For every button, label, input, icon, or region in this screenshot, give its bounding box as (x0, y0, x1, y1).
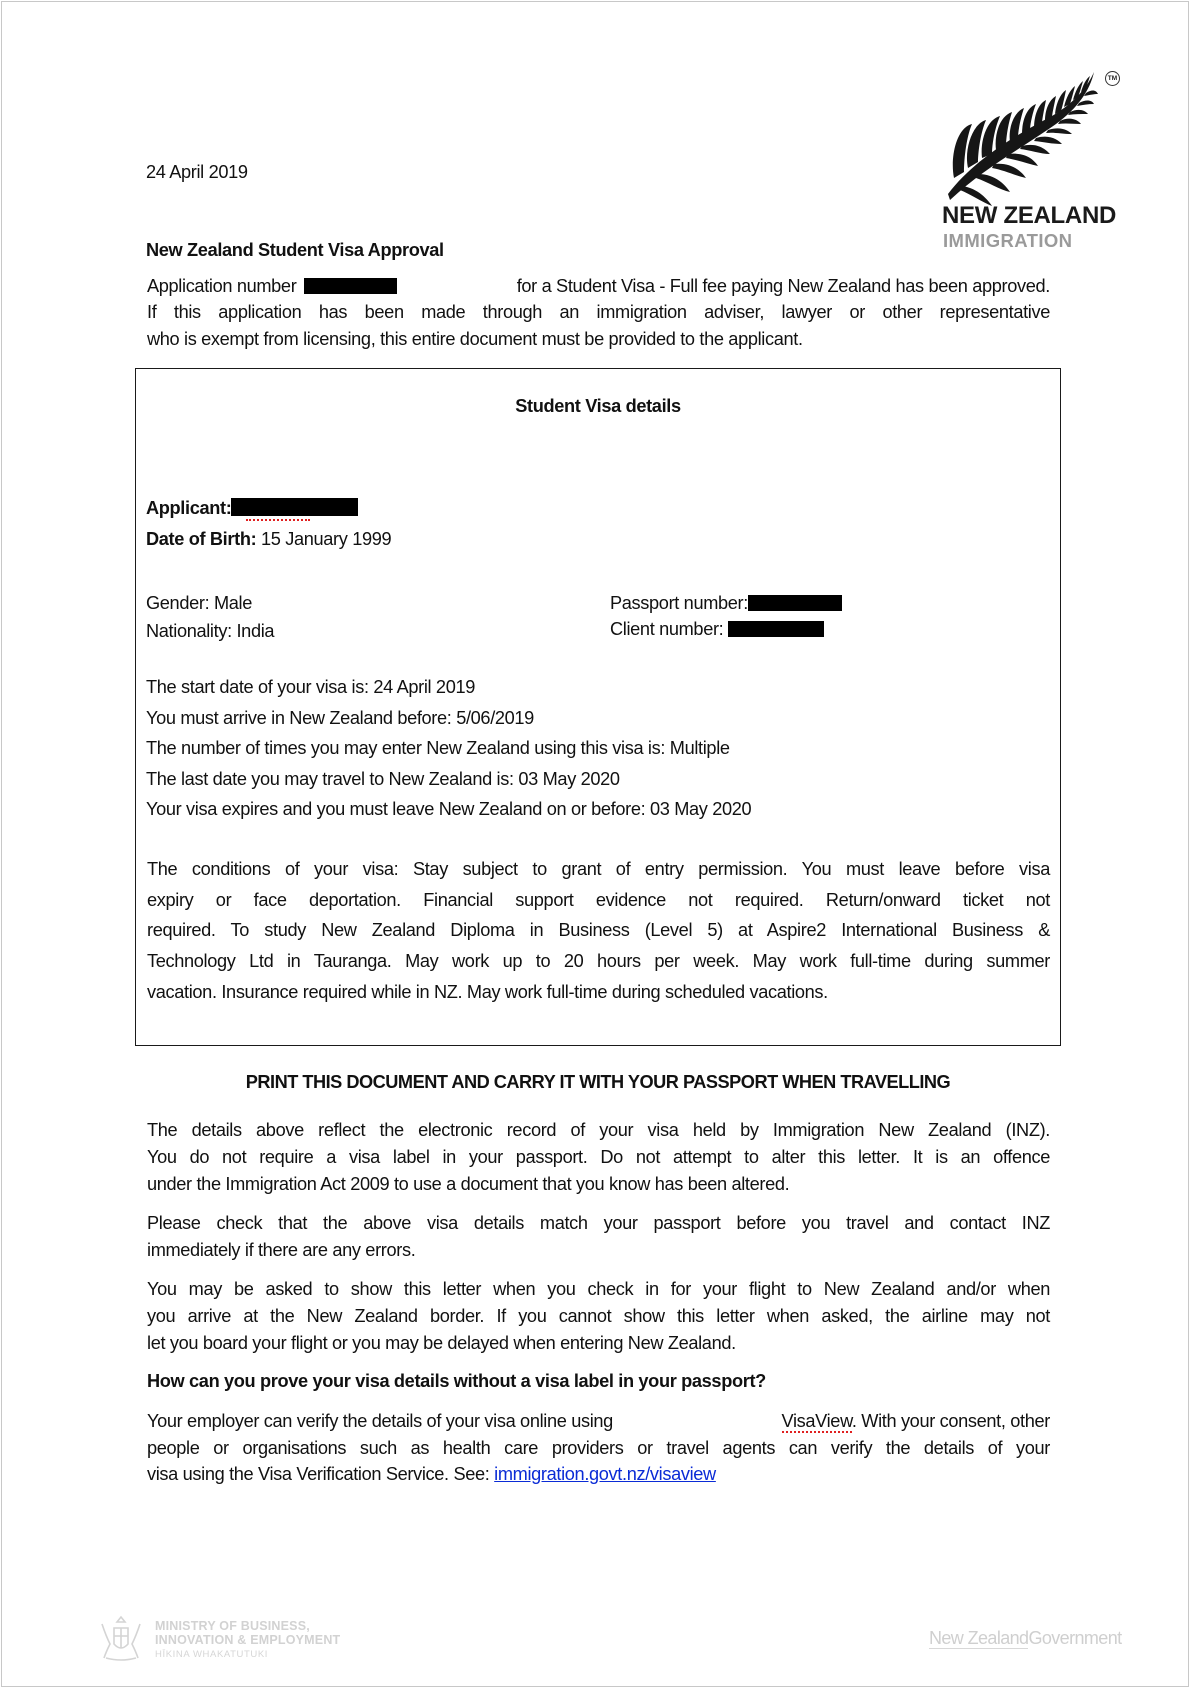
para4-line-1: Your employer can verify the details of … (147, 1411, 1050, 1432)
letter-title: New Zealand Student Visa Approval (146, 237, 444, 264)
para1-line-1: The details above reflect the electronic… (147, 1120, 1050, 1141)
visa-conditions-line-2: expiry or face deportation. Financial su… (147, 890, 1050, 911)
para3-line-3: let you board your flight or you may be … (147, 1333, 1050, 1354)
para1-line-2: You do not require a visa label in your … (147, 1147, 1050, 1168)
visaview-link[interactable]: immigration.govt.nz/visaview (494, 1464, 716, 1484)
application-number-label: Application number (147, 276, 296, 296)
visa-entries: The number of times you may enter New Ze… (146, 735, 730, 762)
para4-line-2: people or organisations such as health c… (147, 1438, 1050, 1459)
question-heading: How can you prove your visa details with… (147, 1371, 1050, 1392)
para4-line-3: visa using the Visa Verification Service… (147, 1464, 1050, 1485)
visaview-term: VisaView (782, 1411, 852, 1433)
dob-value: 15 January 1999 (261, 529, 391, 549)
mbie-line-2: INNOVATION & EMPLOYMENT (155, 1633, 340, 1648)
redacted-application-number (304, 278, 397, 294)
passport-row: Passport number: (610, 590, 842, 617)
nz-government-logo: New ZealandGovernment (929, 1628, 1122, 1649)
visa-conditions-line-5: vacation. Insurance required while in NZ… (147, 982, 1050, 1003)
intro-line-3: who is exempt from licensing, this entir… (147, 329, 1050, 350)
print-heading: PRINT THIS DOCUMENT AND CARRY IT WITH YO… (135, 1069, 1061, 1096)
mbie-logo: MINISTRY OF BUSINESS, INNOVATION & EMPLO… (96, 1612, 356, 1668)
applicant-label: Applicant: (146, 498, 231, 518)
details-heading: Student Visa details (135, 393, 1061, 420)
intro-line-1: Application number for a Student Visa - … (147, 276, 1050, 297)
trademark-icon: TM (1105, 71, 1120, 86)
logo-sub-text: IMMIGRATION (943, 230, 1072, 252)
nz-immigration-logo: TM NEW ZEALAND IMMIGRATION (942, 64, 1122, 254)
logo-brand-text: NEW ZEALAND (942, 202, 1116, 230)
para1-line-3: under the Immigration Act 2009 to use a … (147, 1174, 1050, 1195)
visa-arrive-before: You must arrive in New Zealand before: 5… (146, 705, 534, 732)
visa-start-date: The start date of your visa is: 24 April… (146, 674, 475, 701)
visa-expiry-date: Your visa expires and you must leave New… (146, 796, 751, 823)
para4-suffix: . With your consent, other (852, 1411, 1050, 1431)
redacted-applicant-name (231, 498, 358, 516)
nationality: Nationality: India (146, 618, 274, 645)
dob-row: Date of Birth: 15 January 1999 (146, 526, 391, 553)
redacted-passport-number (748, 595, 842, 611)
visa-conditions-line-1: The conditions of your visa: Stay subjec… (147, 859, 1050, 880)
silver-fern-icon (944, 68, 1104, 208)
intro-line-2: If this application has been made throug… (147, 302, 1050, 323)
letter-date: 24 April 2019 (146, 159, 248, 186)
intro-approval-text: for a Student Visa - Full fee paying New… (517, 276, 1050, 297)
para4-see-text: visa using the Visa Verification Service… (147, 1464, 489, 1484)
nzgov-part-1: New Zealand (929, 1628, 1028, 1649)
para3-line-1: You may be asked to show this letter whe… (147, 1279, 1050, 1300)
letter-page: TM NEW ZEALAND IMMIGRATION 24 April 2019… (1, 1, 1189, 1687)
client-label: Client number: (610, 619, 723, 639)
visa-conditions-line-4: Technology Ltd in Tauranga. May work up … (147, 951, 1050, 972)
spellcheck-underline (246, 519, 310, 521)
redacted-client-number (728, 621, 824, 637)
applicant-row: Applicant: (146, 495, 358, 522)
passport-label: Passport number: (610, 593, 748, 613)
client-row: Client number: (610, 616, 824, 643)
para3-line-2: you arrive at the New Zealand border. If… (147, 1306, 1050, 1327)
visa-conditions-line-3: required. To study New Zealand Diploma i… (147, 920, 1050, 941)
mbie-line-3: HĪKINA WHAKATUTUKI (155, 1648, 268, 1663)
gender: Gender: Male (146, 590, 252, 617)
para2-line-1: Please check that the above visa details… (147, 1213, 1050, 1234)
para2-line-2: immediately if there are any errors. (147, 1240, 1050, 1261)
mbie-line-1: MINISTRY OF BUSINESS, (155, 1619, 310, 1634)
dob-label: Date of Birth: (146, 529, 256, 549)
para4-prefix: Your employer can verify the details of … (147, 1411, 613, 1432)
visa-last-travel-date: The last date you may travel to New Zeal… (146, 766, 620, 793)
nzgov-part-2: Government (1028, 1628, 1121, 1648)
coat-of-arms-icon (96, 1614, 146, 1662)
